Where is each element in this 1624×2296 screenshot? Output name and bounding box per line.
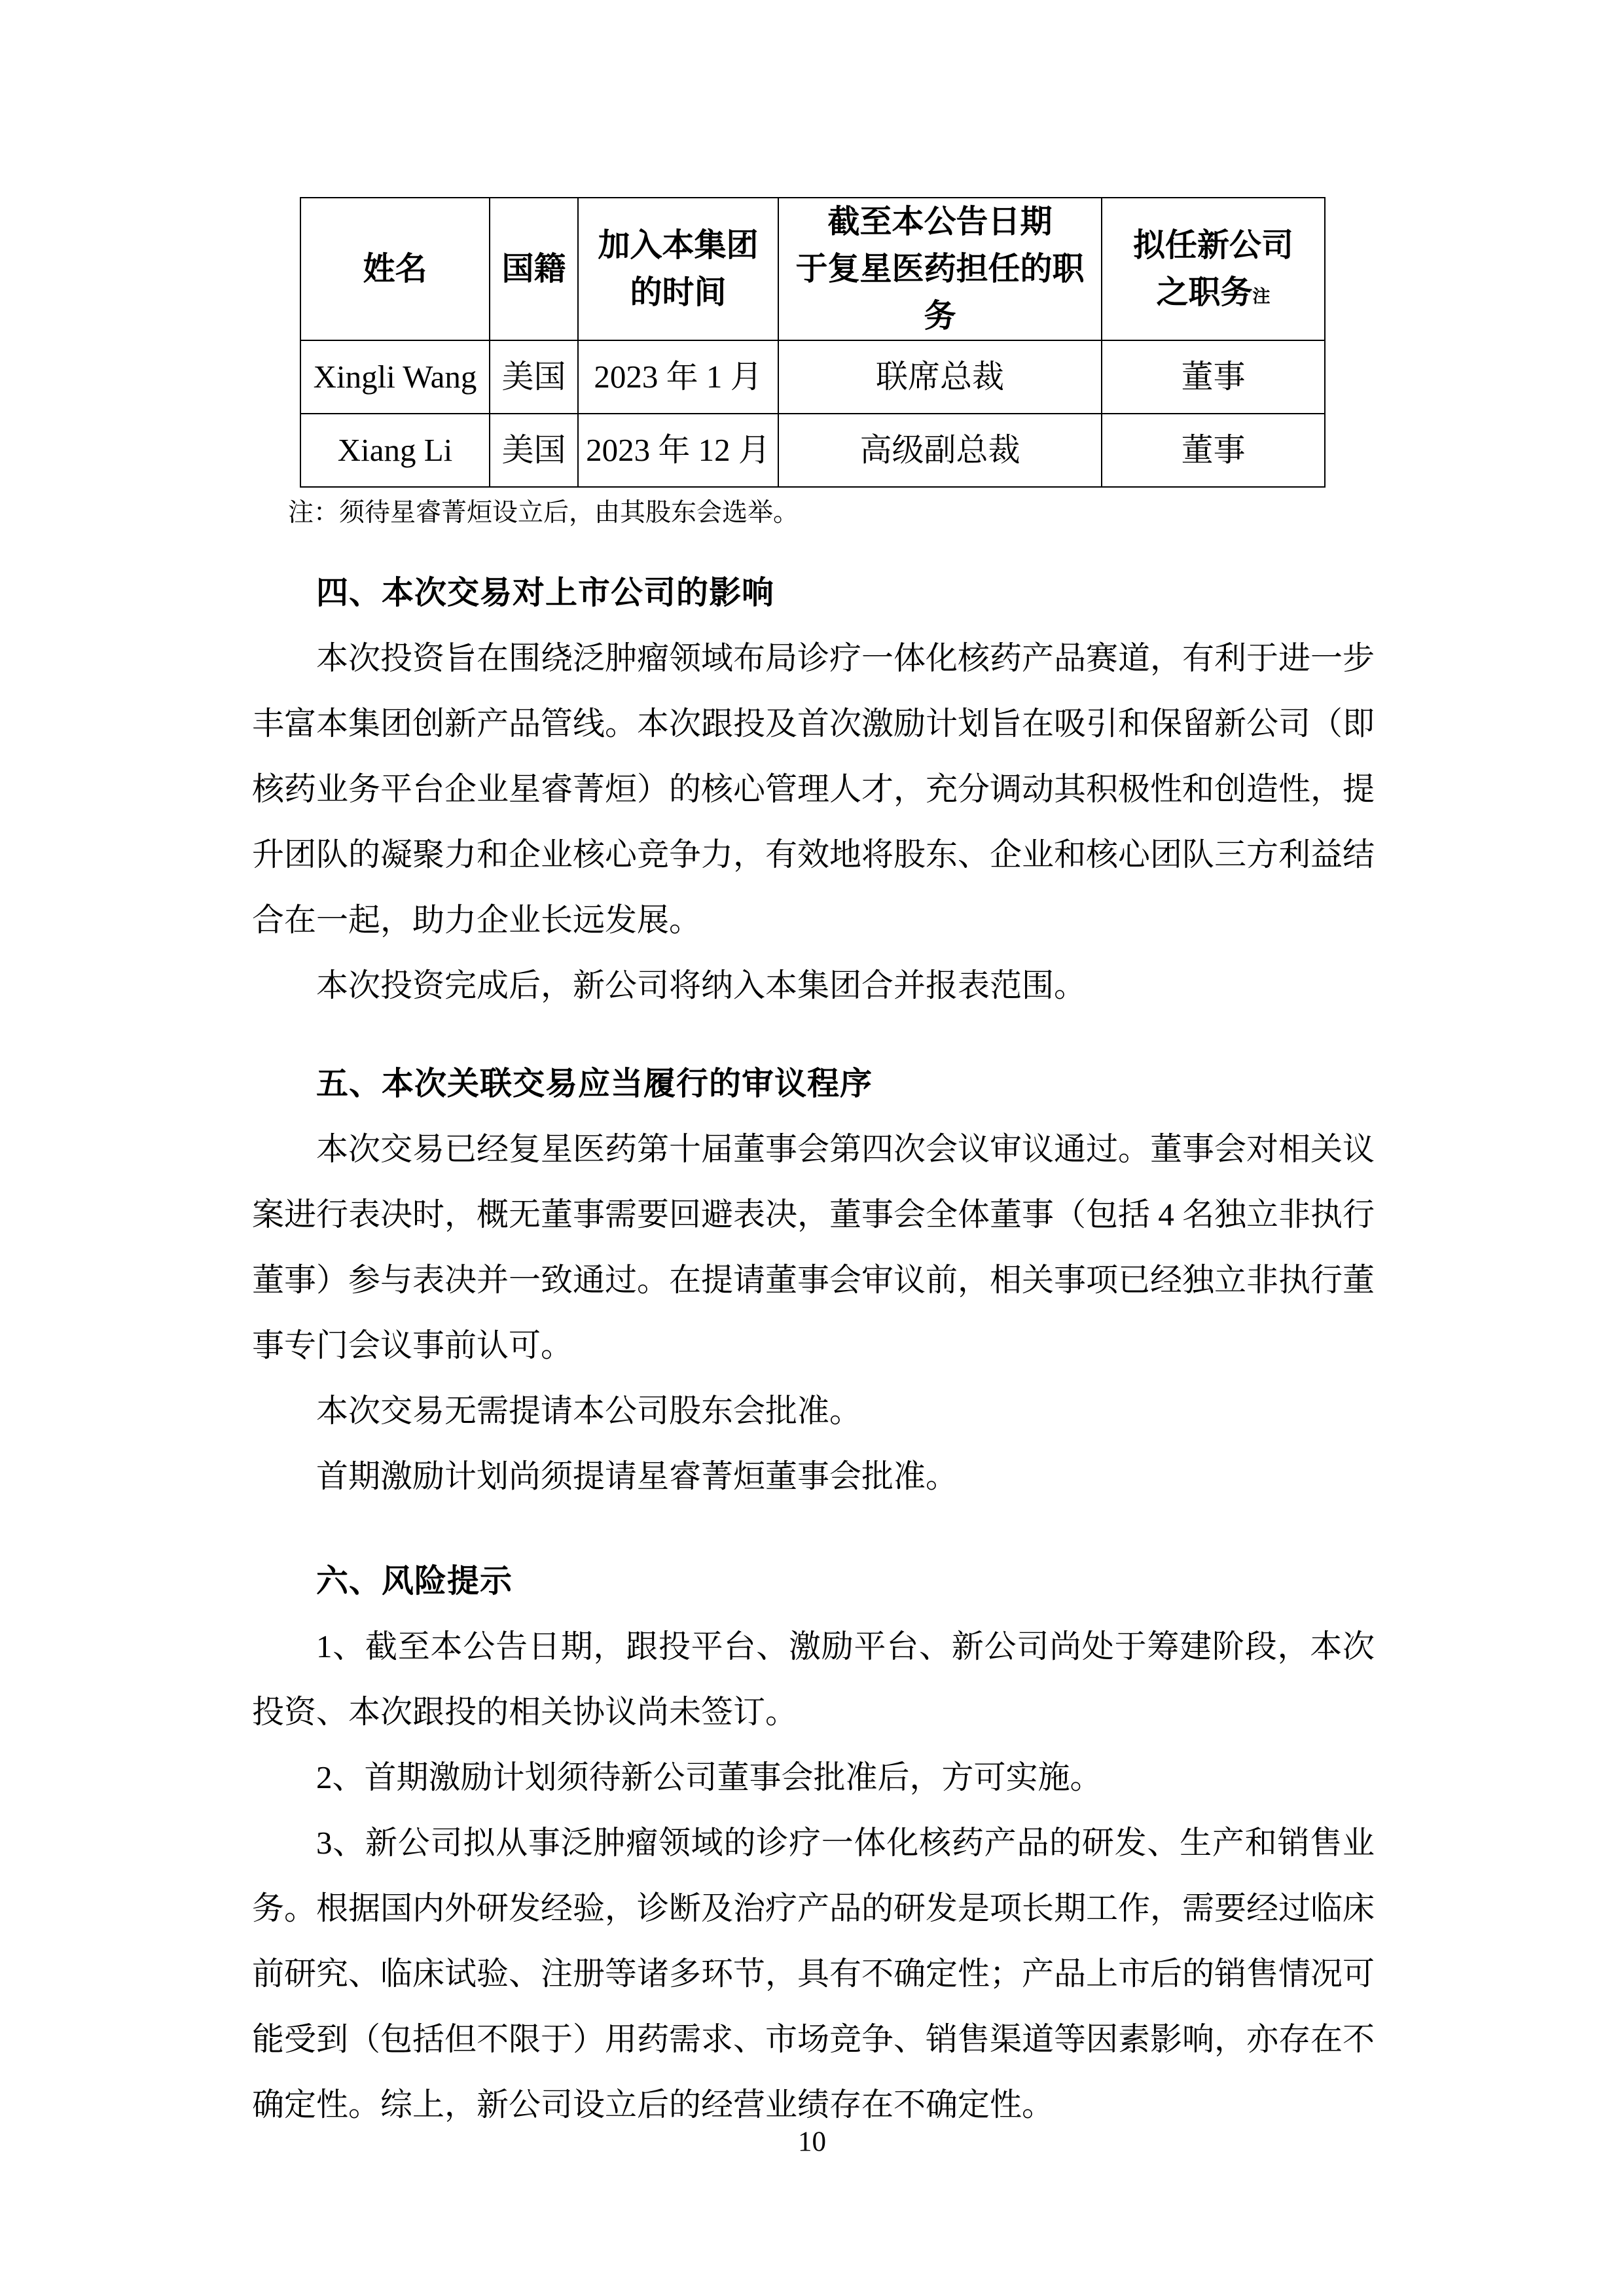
header-current-position-line1: 截至本公告日期 [783, 198, 1097, 245]
header-join-time-line2: 的时间 [583, 269, 774, 316]
cell-name: Xingli Wang [300, 340, 490, 414]
paragraph: 本次投资旨在围绕泛肿瘤领域布局诊疗一体化核药产品赛道，有利于进一步丰富本集团创新… [252, 626, 1375, 953]
page-number: 10 [0, 2126, 1624, 2159]
document-content: 姓名 国籍 加入本集团 的时间 截至本公告日期 于复星医药担任的职务 拟任新公司 [252, 197, 1375, 2138]
cell-join-time: 2023 年 12 月 [578, 414, 778, 487]
header-nationality-label: 国籍 [494, 245, 573, 293]
section-heading-6: 六、风险提示 [252, 1549, 1375, 1614]
header-name-label: 姓名 [305, 245, 485, 293]
header-current-position: 截至本公告日期 于复星医药担任的职务 [778, 198, 1102, 340]
cell-current-position: 联席总裁 [778, 340, 1102, 414]
header-current-position-line2: 于复星医药担任的职务 [783, 245, 1097, 340]
paragraph: 本次交易已经复星医药第十届董事会第四次会议审议通过。董事会对相关议案进行表决时，… [252, 1117, 1375, 1378]
table-row: Xiang Li 美国 2023 年 12 月 高级副总裁 董事 [300, 414, 1325, 487]
table-row: Xingli Wang 美国 2023 年 1 月 联席总裁 董事 [300, 340, 1325, 414]
header-join-time-line1: 加入本集团 [583, 222, 774, 269]
paragraph: 本次投资完成后，新公司将纳入本集团合并报表范围。 [252, 953, 1375, 1018]
header-join-time: 加入本集团 的时间 [578, 198, 778, 340]
cell-name: Xiang Li [300, 414, 490, 487]
cell-join-time: 2023 年 1 月 [578, 340, 778, 414]
table-header-row: 姓名 国籍 加入本集团 的时间 截至本公告日期 于复星医药担任的职务 拟任新公司 [300, 198, 1325, 340]
table-footnote: 注：须待星睿菁烜设立后，由其股东会选举。 [288, 497, 1375, 529]
personnel-table: 姓名 国籍 加入本集团 的时间 截至本公告日期 于复星医药担任的职务 拟任新公司 [300, 197, 1326, 488]
cell-new-position: 董事 [1102, 340, 1325, 414]
cell-new-position: 董事 [1102, 414, 1325, 487]
cell-nationality: 美国 [490, 340, 578, 414]
document-page: 姓名 国籍 加入本集团 的时间 截至本公告日期 于复星医药担任的职务 拟任新公司 [0, 0, 1624, 2296]
header-new-position: 拟任新公司 之职务注 [1102, 198, 1325, 340]
header-new-position-line2: 之职务注 [1106, 269, 1320, 316]
footnote-marker: 注 [1253, 287, 1271, 306]
paragraph: 本次交易无需提请本公司股东会批准。 [252, 1378, 1375, 1444]
cell-nationality: 美国 [490, 414, 578, 487]
paragraph: 3、新公司拟从事泛肿瘤领域的诊疗一体化核药产品的研发、生产和销售业务。根据国内外… [252, 1810, 1375, 2138]
header-new-position-line1: 拟任新公司 [1106, 222, 1320, 269]
paragraph: 1、截至本公告日期，跟投平台、激励平台、新公司尚处于筹建阶段，本次投资、本次跟投… [252, 1614, 1375, 1745]
cell-current-position: 高级副总裁 [778, 414, 1102, 487]
header-nationality: 国籍 [490, 198, 578, 340]
paragraph: 2、首期激励计划须待新公司董事会批准后，方可实施。 [252, 1745, 1375, 1810]
header-name: 姓名 [300, 198, 490, 340]
header-new-position-text: 之职务 [1156, 274, 1252, 310]
section-heading-5: 五、本次关联交易应当履行的审议程序 [252, 1051, 1375, 1117]
paragraph: 首期激励计划尚须提请星睿菁烜董事会批准。 [252, 1444, 1375, 1509]
section-heading-4: 四、本次交易对上市公司的影响 [252, 560, 1375, 626]
